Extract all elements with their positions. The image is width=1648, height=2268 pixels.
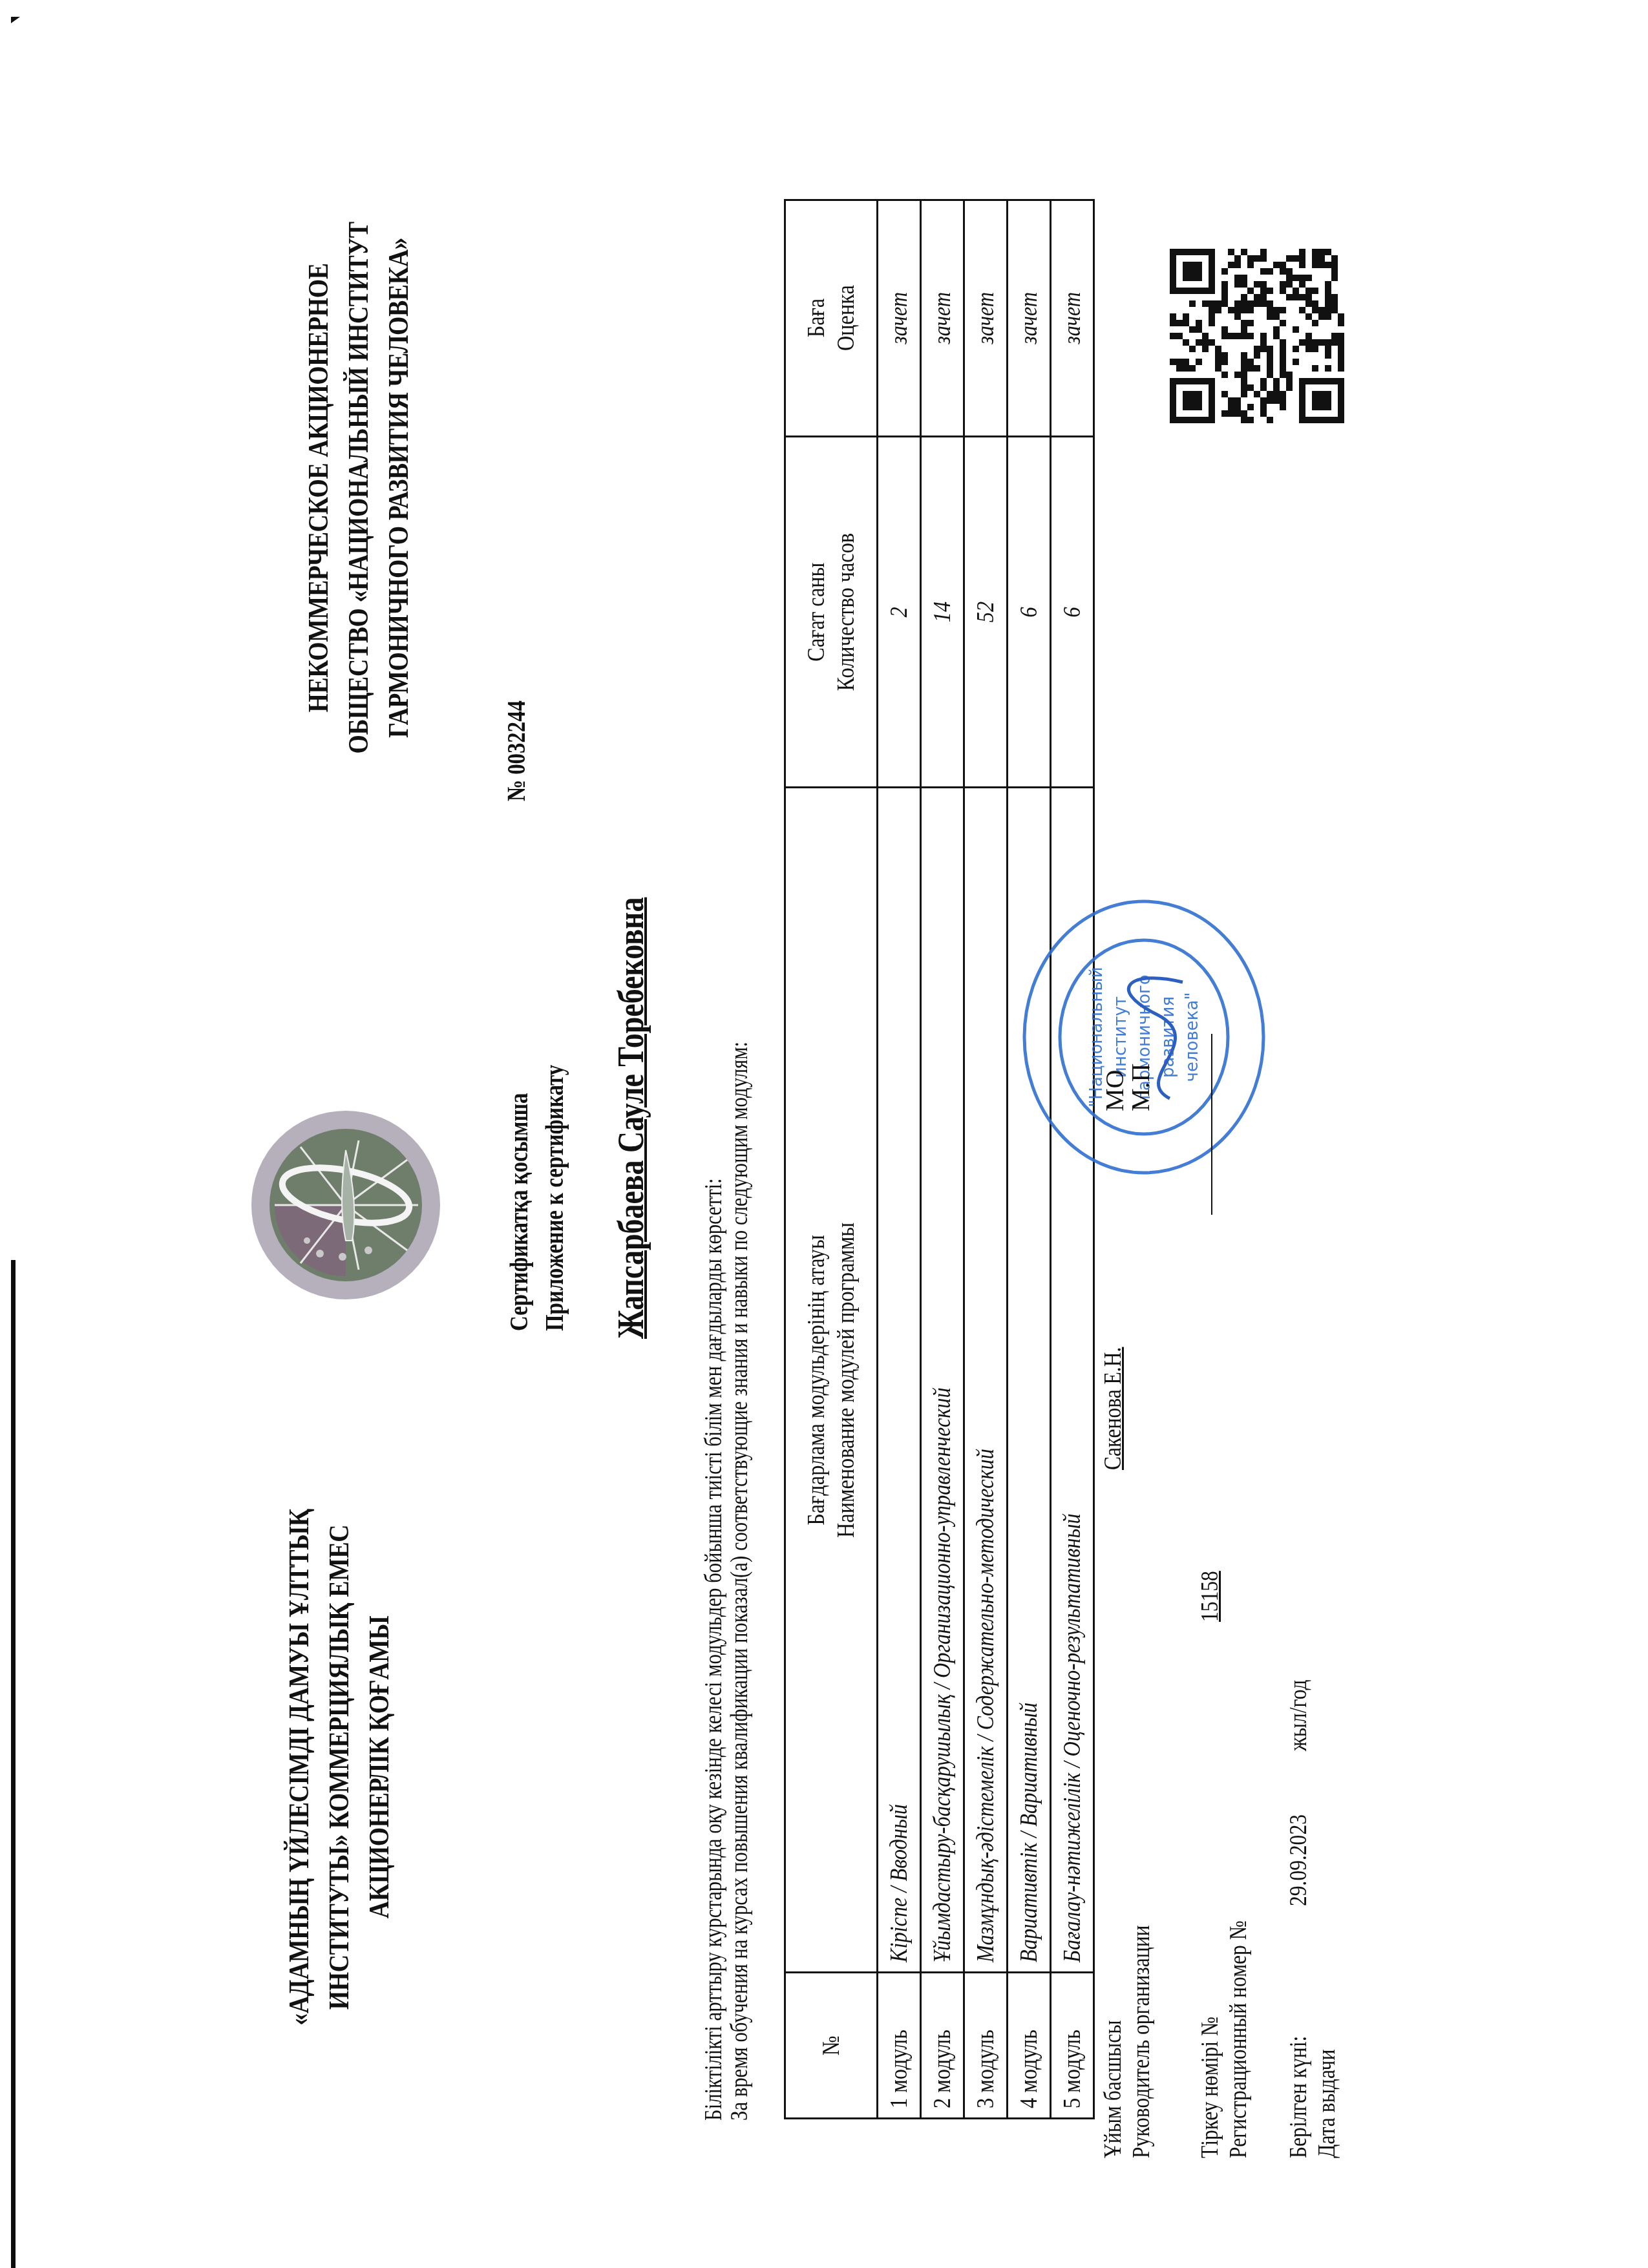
module-grade-text: зачет <box>928 292 956 344</box>
module-grade: зачет <box>964 200 1008 437</box>
header-grade: Баға Оценка <box>785 200 878 437</box>
header-hours-text: Сағат саны Количество часов <box>801 533 861 691</box>
org-kz-line: ИНСТИТУТЫ» КОММЕРЦИЯЛЫҚ ЕМЕС <box>319 1403 359 2132</box>
module-number-text: 4 модуль <box>1015 2030 1043 2108</box>
module-grade: зачет <box>1008 200 1051 437</box>
module-number: 1 модуль <box>878 1973 921 2119</box>
official-stamp: "Национальный институт гармоничного разв… <box>1015 892 1273 1182</box>
module-number: 2 модуль <box>921 1973 964 2119</box>
org-ru-line: ГАРМОНИЧНОГО РАЗВИТИЯ ЧЕЛОВЕКА» <box>379 124 419 852</box>
module-number-text: 3 модуль <box>971 2030 1000 2108</box>
module-number: 4 модуль <box>1008 1973 1051 2119</box>
certificate-number: № 0032244 <box>501 700 531 801</box>
header-grade-text: Баға Оценка <box>801 286 861 352</box>
module-grade-text: зачет <box>971 292 1000 344</box>
module-grade-text: зачет <box>1058 292 1086 344</box>
module-hours: 14 <box>921 437 964 788</box>
module-name: Мазмұндық-әдістемелік / Содержательно-ме… <box>964 788 1008 1973</box>
head-name: Сакенова Е.Н. <box>1099 1347 1127 1470</box>
module-hours-text: 14 <box>928 602 956 622</box>
head-label-ru: Руководитель организации <box>1127 1926 1156 2158</box>
header-name-ru: Наименование модулей программы <box>832 1223 860 1538</box>
organization-name-kazakh: «АДАМНЫҢ ҮЙЛЕСІМДІ ДАМУЫ ҰЛТТЫҚ ИНСТИТУТ… <box>279 1403 399 2132</box>
module-grade: зачет <box>921 200 964 437</box>
reg-label-ru: Регистрационный номер № <box>1224 1920 1252 2158</box>
org-kz-line: «АДАМНЫҢ ҮЙЛЕСІМДІ ДАМУЫ ҰЛТТЫҚ <box>279 1403 319 2132</box>
module-name-text: Ұйымдастыру-басқарушылық / Организационн… <box>928 1388 956 1963</box>
registration-label: Тіркеу нөмірі № Регистрационный номер № <box>1196 1920 1252 2158</box>
module-hours-text: 2 <box>885 607 913 617</box>
header-hours: Сағат саны Количество часов <box>785 437 878 788</box>
header-hours-ru: Количество часов <box>832 533 860 691</box>
module-number-text: 1 модуль <box>885 2030 913 2108</box>
header-hours-kz: Сағат саны <box>803 563 830 662</box>
attachment-title: Сертификатқа қосымша Приложение к сертиф… <box>501 960 572 1331</box>
org-kz-line: АКЦИОНЕРЛІК ҚОҒАМЫ <box>359 1403 399 2132</box>
head-label-kz: Ұйым басшысы <box>1099 1926 1127 2158</box>
date-label-ru: Дата выдачи <box>1313 2036 1341 2158</box>
module-name-text: Кіріспе / Вводный <box>885 1804 913 1962</box>
intro-text: Біліктілікті арттыру курстарында оқу кез… <box>701 1042 753 2121</box>
module-name-text: Мазмұндық-әдістемелік / Содержательно-ме… <box>971 1449 1000 1962</box>
issue-date-label: Берілген күні: Дата выдачи <box>1284 2036 1341 2158</box>
seal-label-ru: М.П <box>1128 1064 1154 1111</box>
institute-emblem-icon <box>249 1108 443 1302</box>
qr-code-icon <box>1163 242 1351 430</box>
header-number-text: № <box>816 2035 846 2055</box>
issue-date: 29.09.2023 <box>1284 1814 1313 1906</box>
attachment-title-ru: Приложение к сертификату <box>536 960 572 1331</box>
module-name-text: Бағалау-нәтижелілік / Оценочно-результат… <box>1058 1514 1086 1963</box>
org-ru-line: ОБЩЕСТВО «НАЦИОНАЛЬНЫЙ ИНСТИТУТ <box>339 124 379 852</box>
module-hours: 6 <box>1008 437 1051 788</box>
organization-name-russian: НЕКОММЕРЧЕСКОЕ АКЦИОНЕРНОЕ ОБЩЕСТВО «НАЦ… <box>299 124 419 852</box>
stamp-line: человека" <box>1183 992 1202 1082</box>
module-number: 3 модуль <box>964 1973 1008 2119</box>
module-name: Кіріспе / Вводный <box>878 788 921 1973</box>
table-header-row: № Бағдарлама модульдерінің атауы Наимено… <box>785 200 878 2119</box>
table-row: 3 модуль Мазмұндық-әдістемелік / Содержа… <box>964 200 1008 2119</box>
module-grade: зачет <box>1051 200 1094 437</box>
date-label-kz: Берілген күні: <box>1284 2036 1313 2158</box>
module-number-text: 2 модуль <box>928 2030 956 2108</box>
table-row: 1 модуль Кіріспе / Вводный 2 зачет <box>878 200 921 2119</box>
header-grade-ru: Оценка <box>832 286 860 352</box>
module-number: 5 модуль <box>1051 1973 1094 2119</box>
head-label: Ұйым басшысы Руководитель организации <box>1099 1926 1156 2158</box>
header-grade-kz: Баға <box>803 299 830 337</box>
reg-label-kz: Тіркеу нөмірі № <box>1196 1920 1224 2158</box>
recipient-name: Жапсарбаева Сауле Торебековна <box>611 795 652 1441</box>
registration-number: 15158 <box>1196 1571 1224 1622</box>
table-row: 2 модуль Ұйымдастыру-басқарушылық / Орга… <box>921 200 964 2119</box>
attachment-title-kz: Сертификатқа қосымша <box>501 960 536 1331</box>
module-name: Ұйымдастыру-басқарушылық / Организационн… <box>921 788 964 1973</box>
header-number: № <box>785 1973 878 2119</box>
module-grade-text: зачет <box>885 292 913 344</box>
signature-line <box>1211 1034 1212 1215</box>
seal-label-kz: МО <box>1102 1064 1128 1111</box>
module-grade-text: зачет <box>1015 292 1043 344</box>
module-hours: 52 <box>964 437 1008 788</box>
module-hours: 6 <box>1051 437 1094 788</box>
header-module-name-text: Бағдарлама модульдерінің атауы Наименова… <box>801 1223 861 1538</box>
year-label: жыл/год <box>1284 1679 1313 1751</box>
recipient-name-text: Жапсарбаева Сауле Торебековна <box>611 897 652 1338</box>
module-hours-text: 6 <box>1015 607 1043 617</box>
intro-line-kz: Біліктілікті арттыру курстарында оқу кез… <box>701 1042 727 2121</box>
seal-place-label: МО М.П <box>1102 1064 1154 1111</box>
intro-line-ru: За время обучения на курсах повышения кв… <box>727 1042 753 2121</box>
certificate-attachment-page: «АДАМНЫҢ ҮЙЛЕСІМДІ ДАМУЫ ҰЛТТЫҚ ИНСТИТУТ… <box>0 0 1648 2268</box>
header-module-name: Бағдарлама модульдерінің атауы Наименова… <box>785 788 878 1973</box>
module-grade: зачет <box>878 200 921 437</box>
module-name-text: Вариативтік / Вариативный <box>1015 1703 1043 1962</box>
module-hours: 2 <box>878 437 921 788</box>
header-name-kz: Бағдарлама модульдерінің атауы <box>803 1235 830 1525</box>
org-ru-line: НЕКОММЕРЧЕСКОЕ АКЦИОНЕРНОЕ <box>299 124 339 852</box>
module-hours-text: 6 <box>1058 607 1086 617</box>
module-hours-text: 52 <box>971 602 1000 622</box>
module-number-text: 5 модуль <box>1058 2030 1086 2108</box>
